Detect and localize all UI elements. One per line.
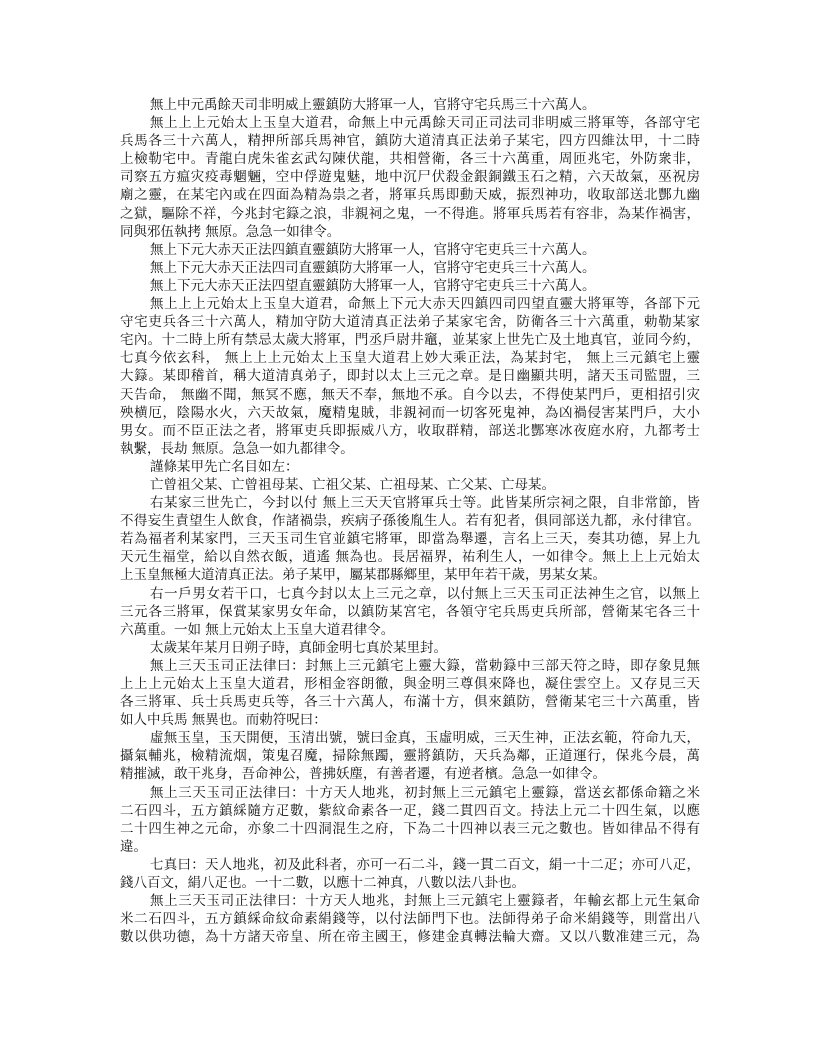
- paragraph-ancestor-heading: 謹條某甲先亡名目如左：: [120, 458, 700, 476]
- text-line: 二十四生神之元命，亦象二十四洞混生之府，下為二十四神以表三元之數也。皆如律品不得…: [120, 820, 700, 838]
- text-line: 攝氣輔兆，檢精流烟，策鬼召魔，掃除無躅，靈將鎮防，天兵為鄰，正道運行，保兆今晨，…: [120, 747, 700, 765]
- paragraph-general-sizhen: 無上下元大赤天正法四鎮直靈鎮防大將軍一人，官將守宅吏兵三十六萬人。: [120, 241, 700, 259]
- paragraph-decree-zhongyuan: 無上上上元始太上玉皇大道君，命無上中元禹餘天司正司法司非明威三將軍等，各部守宅 …: [120, 114, 700, 241]
- text-line: 右某家三世先亡，今封以付 無上三天天官將軍兵士等。此皆某所宗祠之限，自非常節，皆: [150, 494, 700, 512]
- text-line: 右一戶男女若干口，七真今封以太上三元之章，以付無上三天玉司正法神生之官，以無上: [150, 585, 700, 603]
- text-line: 米二石四斗，五方鎮綵命紋命素絹錢等，以付法師門下也。法師得弟子命米絹錢等，則當出…: [120, 910, 700, 928]
- text-line: 七真今依玄科， 無上上上元始太上玉皇大道君上妙大乘正法，為某封宅， 無上三元鎮宅…: [120, 349, 700, 367]
- text-line: 二石四斗，五方鎮綵隨方疋數，紫紋命素各一疋，錢二貫四百文。持法上元二十四生氣，以…: [120, 802, 700, 820]
- text-line: 大籙。某即稽首，稱大道清真弟子，即封以太上三元之章。是日幽顯共明，諸天玉司監盟，…: [120, 367, 700, 385]
- text-line: 上上上元始太上玉皇大道君，形相金容朗徹，與金明三尊俱來降也，凝住雲空上。又存見三…: [120, 675, 700, 693]
- text-line: 如人中兵馬 無異也。而勅符呪曰：: [120, 711, 700, 729]
- text-line: 無上下元大赤天正法四望直靈鎮防大將軍一人，官將守宅吏兵三十六萬人。: [150, 277, 700, 295]
- text-line: 謹條某甲先亡名目如左：: [150, 458, 700, 476]
- paragraph-ancestor-list: 亡曾祖父某、亡曾祖母某、亡祖父某、亡祖母某、亡父某、亡母某。: [120, 476, 700, 494]
- text-line: 違。: [120, 838, 700, 856]
- text-line: 無上三天玉司正法律曰：十方天人地兆，初封無上三元鎮宅上靈籙，當送玄都係命籍之米: [150, 784, 700, 802]
- text-line: 上玉皇無極大道清真正法。弟子某甲，屬某郡縣鄉里，某甲年若干歲，男某女某。: [120, 566, 700, 584]
- document-body: 無上中元禹餘天司非明威上靈鎮防大將軍一人，官將守宅兵馬三十六萬人。 無上上上元始…: [120, 96, 700, 946]
- text-line: 太歲某年某月日朔子時，真師金明七真於某里封。: [150, 639, 700, 657]
- text-line: 廟之靈，在某宅內或在四面為精為祟之者，將軍兵馬即動天威，振烈神功，收取部送北酆九…: [120, 186, 700, 204]
- text-line: 無上三天玉司正法律曰：十方天人地兆，封無上三元鎮宅上靈籙者，年輸玄都上元生氣命: [150, 892, 700, 910]
- text-line: 無上下元大赤天正法四鎮直靈鎮防大將軍一人，官將守宅吏兵三十六萬人。: [150, 241, 700, 259]
- document-page: 無上中元禹餘天司非明威上靈鎮防大將軍一人，官將守宅兵馬三十六萬人。 無上上上元始…: [0, 0, 816, 1056]
- paragraph-date-line: 太歲某年某月日朔子時，真師金明七真於某里封。: [120, 639, 700, 657]
- paragraph-household-seal: 右一戶男女若干口，七真今封以太上三元之章，以付無上三天玉司正法神生之官，以無上 …: [120, 585, 700, 639]
- paragraph-general-zhongyuan: 無上中元禹餘天司非明威上靈鎮防大將軍一人，官將守宅兵馬三十六萬人。: [120, 96, 700, 114]
- text-line: 守宅吏兵各三十六萬人，精加守防大道清真正法弟子某家宅舍，防衛各三十六萬重，勅勒某…: [120, 313, 700, 331]
- text-line: 司察五方瘟灾疫毒魍魎，空中俘遊鬼魅，地中沉尸伏殺金銀銅鐵玉石之精，六天故氣，巫祝…: [120, 168, 700, 186]
- text-line: 天元生福堂，給以自然衣飯，逍遙 無為也。長居福界，祐利生人，一如律令。無上上上元…: [120, 548, 700, 566]
- paragraph-general-sisi: 無上下元大赤天正法四司直靈鎮防大將軍一人，官將守宅吏兵三十六萬人。: [120, 259, 700, 277]
- text-line: 七真曰：天人地兆，初及此科者，亦可一石二斗，錢一貫二百文，絹一十二疋；亦可八疋，: [150, 856, 700, 874]
- text-line: 兵馬各三十六萬人，精押所部兵馬神官，鎮防大道清真正法弟子某宅，四方四維汰甲，十二…: [120, 132, 700, 150]
- text-line: 六萬重。一如 無上元始太上玉皇大道君律令。: [120, 621, 700, 639]
- text-line: 亡曾祖父某、亡曾祖母某、亡祖父某、亡祖母某、亡父某、亡母某。: [150, 476, 700, 494]
- text-line: 之獄，驅除不祥，今兆封宅籙之浪，非親祠之鬼，一不得進。將軍兵馬若有容非，為某作禍…: [120, 205, 700, 223]
- text-line: 數以供功德，為十方諸天帝皇、所在帝主國王，修建金真轉法輪大齋。又以八數准建三元，…: [120, 928, 700, 946]
- paragraph-statute-offerings: 無上三天玉司正法律曰：十方天人地兆，初封無上三元鎮宅上靈籙，當送玄都係命籍之米 …: [120, 784, 700, 856]
- text-line: 執繫，長劫 無原。急急一如九都律令。: [120, 440, 700, 458]
- text-line: 精摧滅，敢干兆身，吾命神公，普拂妖塵，有善者遷，有逆者檳。急急一如律令。: [120, 765, 700, 783]
- text-line: 天告命， 無幽不聞，無冥不應，無天不奉，無地不承。自今以去，不得使某門戶，更相招…: [120, 386, 700, 404]
- paragraph-ancestor-seal: 右某家三世先亡，今封以付 無上三天天官將軍兵士等。此皆某所宗祠之限，自非常節，皆…: [120, 494, 700, 584]
- text-line: 不得妄生責望生人飲食，作諸禍祟，疾病子孫後胤生人。若有犯者，俱同部送九都，永付律…: [120, 512, 700, 530]
- text-line: 同與邪伍執拷 無原。急急一如律令。: [120, 223, 700, 241]
- paragraph-decree-xiayuan: 無上上上元始太上玉皇大道君，命無上下元大赤天四鎮四司四望直靈大將軍等，各部下元 …: [120, 295, 700, 458]
- text-line: 無上上上元始太上玉皇大道君，命無上中元禹餘天司正司法司非明威三將軍等，各部守宅: [150, 114, 700, 132]
- text-line: 宅內。十二時上所有禁忌太歲大將軍，門丞戶尉井竈，並某家上世先亡及土地真官，並同今…: [120, 331, 700, 349]
- paragraph-general-siwang: 無上下元大赤天正法四望直靈鎮防大將軍一人，官將守宅吏兵三十六萬人。: [120, 277, 700, 295]
- text-line: 殃横厄，陰陽水火，六天故氣，魔精鬼賊，非親祠而一切客死鬼神，為凶禍侵害某門戶，大…: [120, 404, 700, 422]
- text-line: 無上中元禹餘天司非明威上靈鎮防大將軍一人，官將守宅兵馬三十六萬人。: [150, 96, 700, 114]
- text-line: 無上三天玉司正法律曰：封無上三元鎮宅上靈大籙，當勅籙中三部天符之時，即存象見無: [150, 657, 700, 675]
- text-line: 錢八百文，絹八疋也。一十二數，以應十二神真，八數以法八卦也。: [120, 874, 700, 892]
- text-line: 無上下元大赤天正法四司直靈鎮防大將軍一人，官將守宅吏兵三十六萬人。: [150, 259, 700, 277]
- paragraph-incantation: 虛無玉皇，玉天開便，玉清出號，號曰金真，玉虛明威，三天生神，正法玄範，符命九天，…: [120, 729, 700, 783]
- text-line: 各三將軍、兵士兵馬吏兵等，各三十六萬人，布滿十方，俱來鎮防，營衛某宅三十六萬重，…: [120, 693, 700, 711]
- text-line: 若為福者利某家門，三天玉司生官並鎮宅將軍，即當為舉遷，言名上三天，奏其功德，昇上…: [120, 530, 700, 548]
- text-line: 無上上上元始太上玉皇大道君，命無上下元大赤天四鎮四司四望直靈大將軍等，各部下元: [150, 295, 700, 313]
- paragraph-statute-annual: 無上三天玉司正法律曰：十方天人地兆，封無上三元鎮宅上靈籙者，年輸玄都上元生氣命 …: [120, 892, 700, 946]
- text-line: 三元各三將軍，保賞某家男女年命，以鎮防某宮宅，各領守宅兵馬吏兵所部，營衛某宅各三…: [120, 603, 700, 621]
- text-line: 男女。而不臣正法之者，將軍吏兵即振威八方，收取群精，部送北酆寒冰夜庭水府，九都考…: [120, 422, 700, 440]
- text-line: 上檢勒宅中。青龍白虎朱雀玄武勾陳伏龍，共相營衛，各三十六萬重，周匝兆宅，外防衆非…: [120, 150, 700, 168]
- paragraph-statute-visualization: 無上三天玉司正法律曰：封無上三元鎮宅上靈大籙，當勅籙中三部天符之時，即存象見無 …: [120, 657, 700, 729]
- paragraph-qizhen-note: 七真曰：天人地兆，初及此科者，亦可一石二斗，錢一貫二百文，絹一十二疋；亦可八疋，…: [120, 856, 700, 892]
- text-line: 虛無玉皇，玉天開便，玉清出號，號曰金真，玉虛明威，三天生神，正法玄範，符命九天，: [150, 729, 700, 747]
